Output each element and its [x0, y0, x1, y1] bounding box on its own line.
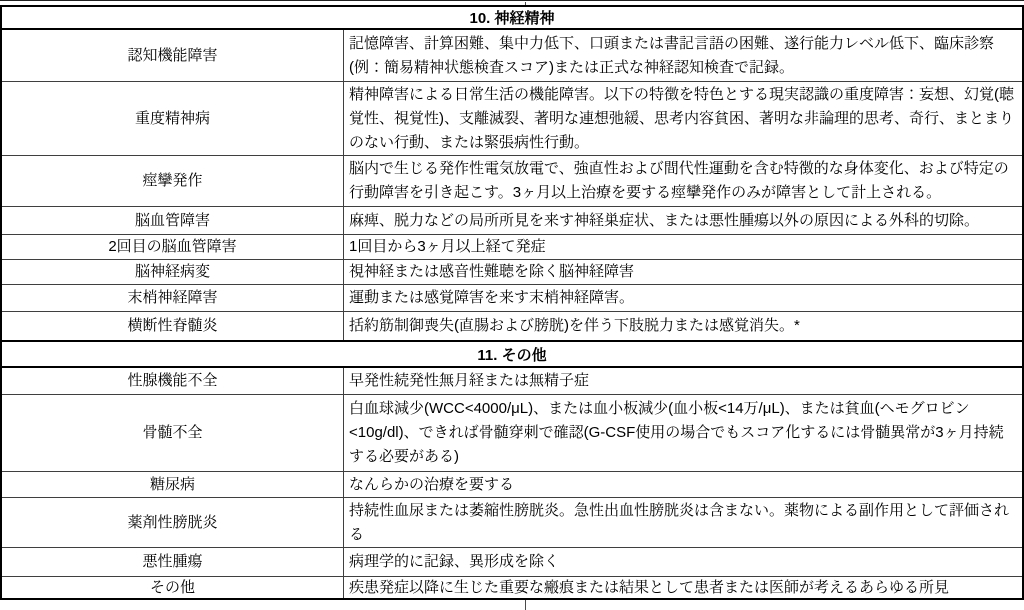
- condition-name-cell: 骨髄不全: [2, 395, 344, 471]
- condition-description-cell: 麻痺、脱力などの局所所見を来す神経巣症状、または悪性腫瘍以外の原因による外科的切…: [344, 207, 1022, 234]
- table-row: 脳神経病変 視神経または感音性難聴を除く脳神経障害: [2, 260, 1022, 285]
- table-row: 性腺機能不全 早発性続発性無月経または無精子症: [2, 368, 1022, 395]
- column-divider: [525, 600, 526, 610]
- adjacent-row-fragment-bottom: [0, 600, 1024, 610]
- condition-description-cell: 疾患発症以降に生じた重要な瘢痕または結果として患者または医師が考えるあらゆる所見: [344, 577, 1022, 598]
- condition-description-cell: なんらかの治療を要する: [344, 472, 1022, 497]
- table-row: 末梢神経障害 運動または感覚障害を来す末梢神経障害。: [2, 285, 1022, 312]
- table-row: 横断性脊髄炎 括約筋制御喪失(直腸および膀胱)を伴う下肢脱力または感覚消失。*: [2, 312, 1022, 340]
- table-row: 薬剤性膀胱炎 持続性血尿または萎縮性膀胱炎。急性出血性膀胱炎は含まない。薬物によ…: [2, 498, 1022, 548]
- table-row: 痙攣発作 脳内で生じる発作性電気放電で、強直性および間代性運動を含む特徴的な身体…: [2, 156, 1022, 207]
- condition-description-cell: 持続性血尿または萎縮性膀胱炎。急性出血性膀胱炎は含まない。薬物による副作用として…: [344, 498, 1022, 547]
- score-table-sheet: 10. 神経精神 認知機能障害 記憶障害、計算困難、集中力低下、口頭または書記言…: [0, 0, 1024, 610]
- condition-name-cell: 悪性腫瘍: [2, 548, 344, 576]
- condition-name-cell: 末梢神経障害: [2, 285, 344, 311]
- section-header-other: 11. その他: [2, 340, 1022, 368]
- condition-name-cell: 糖尿病: [2, 472, 344, 497]
- condition-name-cell: その他: [2, 577, 344, 598]
- condition-description-cell: 視神経または感音性難聴を除く脳神経障害: [344, 260, 1022, 284]
- table-row: 糖尿病 なんらかの治療を要する: [2, 472, 1022, 498]
- condition-description-cell: 括約筋制御喪失(直腸および膀胱)を伴う下肢脱力または感覚消失。*: [344, 312, 1022, 340]
- adjacent-row-fragment-top: [0, 0, 1024, 5]
- condition-description-cell: 運動または感覚障害を来す末梢神経障害。: [344, 285, 1022, 311]
- condition-description-cell: 脳内で生じる発作性電気放電で、強直性および間代性運動を含む特徴的な身体変化、およ…: [344, 156, 1022, 206]
- column-divider: [525, 2, 526, 5]
- table-row: 脳血管障害 麻痺、脱力などの局所所見を来す神経巣症状、または悪性腫瘍以外の原因に…: [2, 207, 1022, 235]
- condition-description-cell: 記憶障害、計算困難、集中力低下、口頭または書記言語の困難、遂行能力レベル低下、臨…: [344, 30, 1022, 81]
- table-row: 悪性腫瘍 病理学的に記録、異形成を除く: [2, 548, 1022, 577]
- condition-name-cell: 認知機能障害: [2, 30, 344, 81]
- table-row: 重度精神病 精神障害による日常生活の機能障害。以下の特徴を特色とする現実認識の重…: [2, 82, 1022, 156]
- condition-name-cell: 脳神経病変: [2, 260, 344, 284]
- condition-name-cell: 性腺機能不全: [2, 368, 344, 394]
- damage-index-table: 10. 神経精神 認知機能障害 記憶障害、計算困難、集中力低下、口頭または書記言…: [0, 5, 1024, 600]
- condition-description-cell: 早発性続発性無月経または無精子症: [344, 368, 1022, 394]
- table-row: 2回目の脳血管障害 1回目から3ヶ月以上経て発症: [2, 235, 1022, 260]
- section-header-neuropsychiatric: 10. 神経精神: [2, 5, 1022, 30]
- condition-name-cell: 痙攣発作: [2, 156, 344, 206]
- condition-name-cell: 重度精神病: [2, 82, 344, 155]
- condition-description-cell: 病理学的に記録、異形成を除く: [344, 548, 1022, 576]
- table-row: 骨髄不全 白血球減少(WCC<4000/μL)、または血小板減少(血小板<14万…: [2, 395, 1022, 472]
- condition-description-cell: 1回目から3ヶ月以上経て発症: [344, 235, 1022, 259]
- condition-name-cell: 薬剤性膀胱炎: [2, 498, 344, 547]
- condition-name-cell: 横断性脊髄炎: [2, 312, 344, 340]
- condition-description-cell: 白血球減少(WCC<4000/μL)、または血小板減少(血小板<14万/μL)、…: [344, 395, 1022, 471]
- table-row: 認知機能障害 記憶障害、計算困難、集中力低下、口頭または書記言語の困難、遂行能力…: [2, 30, 1022, 82]
- condition-name-cell: 2回目の脳血管障害: [2, 235, 344, 259]
- condition-name-cell: 脳血管障害: [2, 207, 344, 234]
- condition-description-cell: 精神障害による日常生活の機能障害。以下の特徴を特色とする現実認識の重度障害：妄想…: [344, 82, 1022, 155]
- table-row: その他 疾患発症以降に生じた重要な瘢痕または結果として患者または医師が考えるあら…: [2, 577, 1022, 600]
